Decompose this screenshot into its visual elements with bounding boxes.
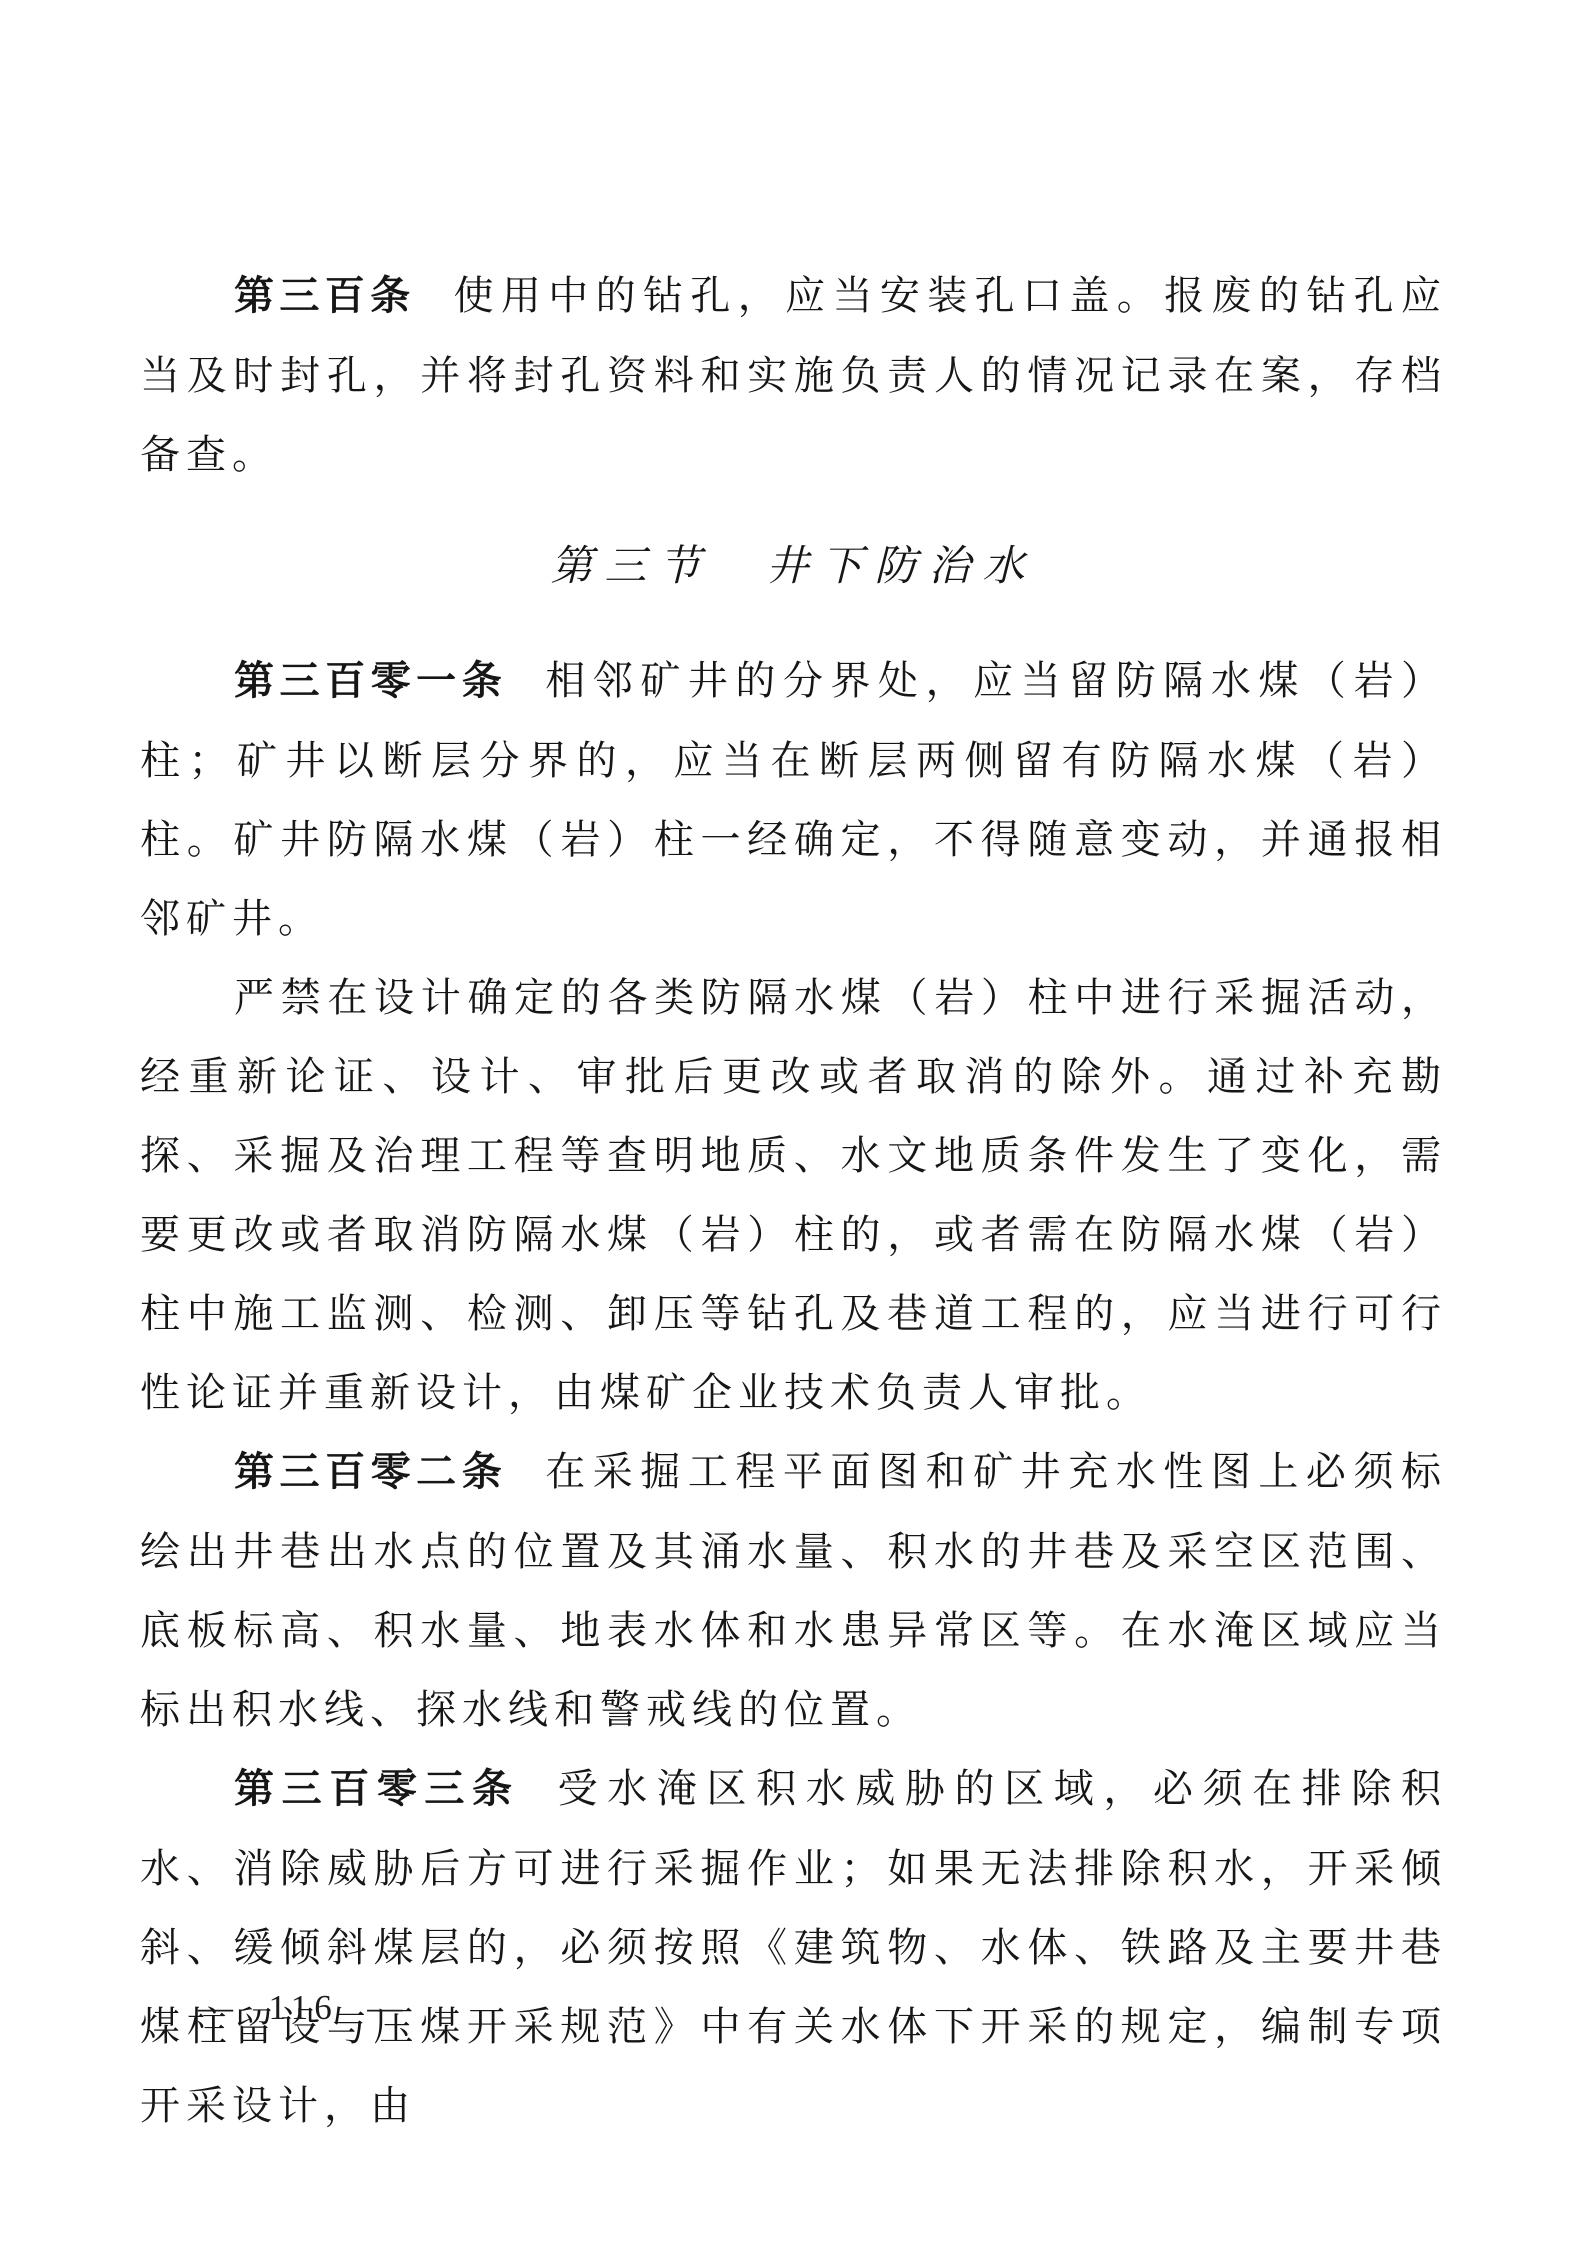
article-301-paragraph: 第三百零一条相邻矿井的分界处，应当留防隔水煤（岩）柱；矿井以断层分界的，应当在断… (140, 641, 1447, 958)
article-302-paragraph: 第三百零二条在采掘工程平面图和矿井充水性图上必须标绘出井巷出水点的位置及其涌水量… (140, 1432, 1447, 1749)
page-number: — 116 — (198, 1988, 408, 2028)
page-text-block: 第三百条使用中的钻孔，应当安装孔口盖。报废的钻孔应当及时封孔，并将封孔资料和实施… (140, 256, 1447, 2145)
article-302-number: 第三百零二条 (234, 1450, 507, 1494)
article-303-number: 第三百零三条 (234, 1767, 520, 1811)
article-300-number: 第三百条 (234, 274, 416, 318)
article-301-paragraph-2-text: 严禁在设计确定的各类防隔水煤（岩）柱中进行采掘活动，经重新论证、设计、审批后更改… (140, 975, 1447, 1415)
article-301-number: 第三百零一条 (234, 659, 507, 703)
article-300-paragraph: 第三百条使用中的钻孔，应当安装孔口盖。报废的钻孔应当及时封孔，并将封孔资料和实施… (140, 256, 1447, 494)
article-303-paragraph: 第三百零三条受水淹区积水威胁的区域，必须在排除积水、消除威胁后方可进行采掘作业；… (140, 1749, 1447, 2145)
document-page: 第三百条使用中的钻孔，应当安装孔口盖。报废的钻孔应当及时封孔，并将封孔资料和实施… (0, 0, 1587, 2245)
article-303-text: 受水淹区积水威胁的区域，必须在排除积水、消除威胁后方可进行采掘作业；如果无法排除… (140, 1766, 1447, 2128)
section-heading: 第三节 井下防治水 (140, 528, 1447, 607)
article-301-paragraph-2: 严禁在设计确定的各类防隔水煤（岩）柱中进行采掘活动，经重新论证、设计、审批后更改… (140, 958, 1447, 1432)
